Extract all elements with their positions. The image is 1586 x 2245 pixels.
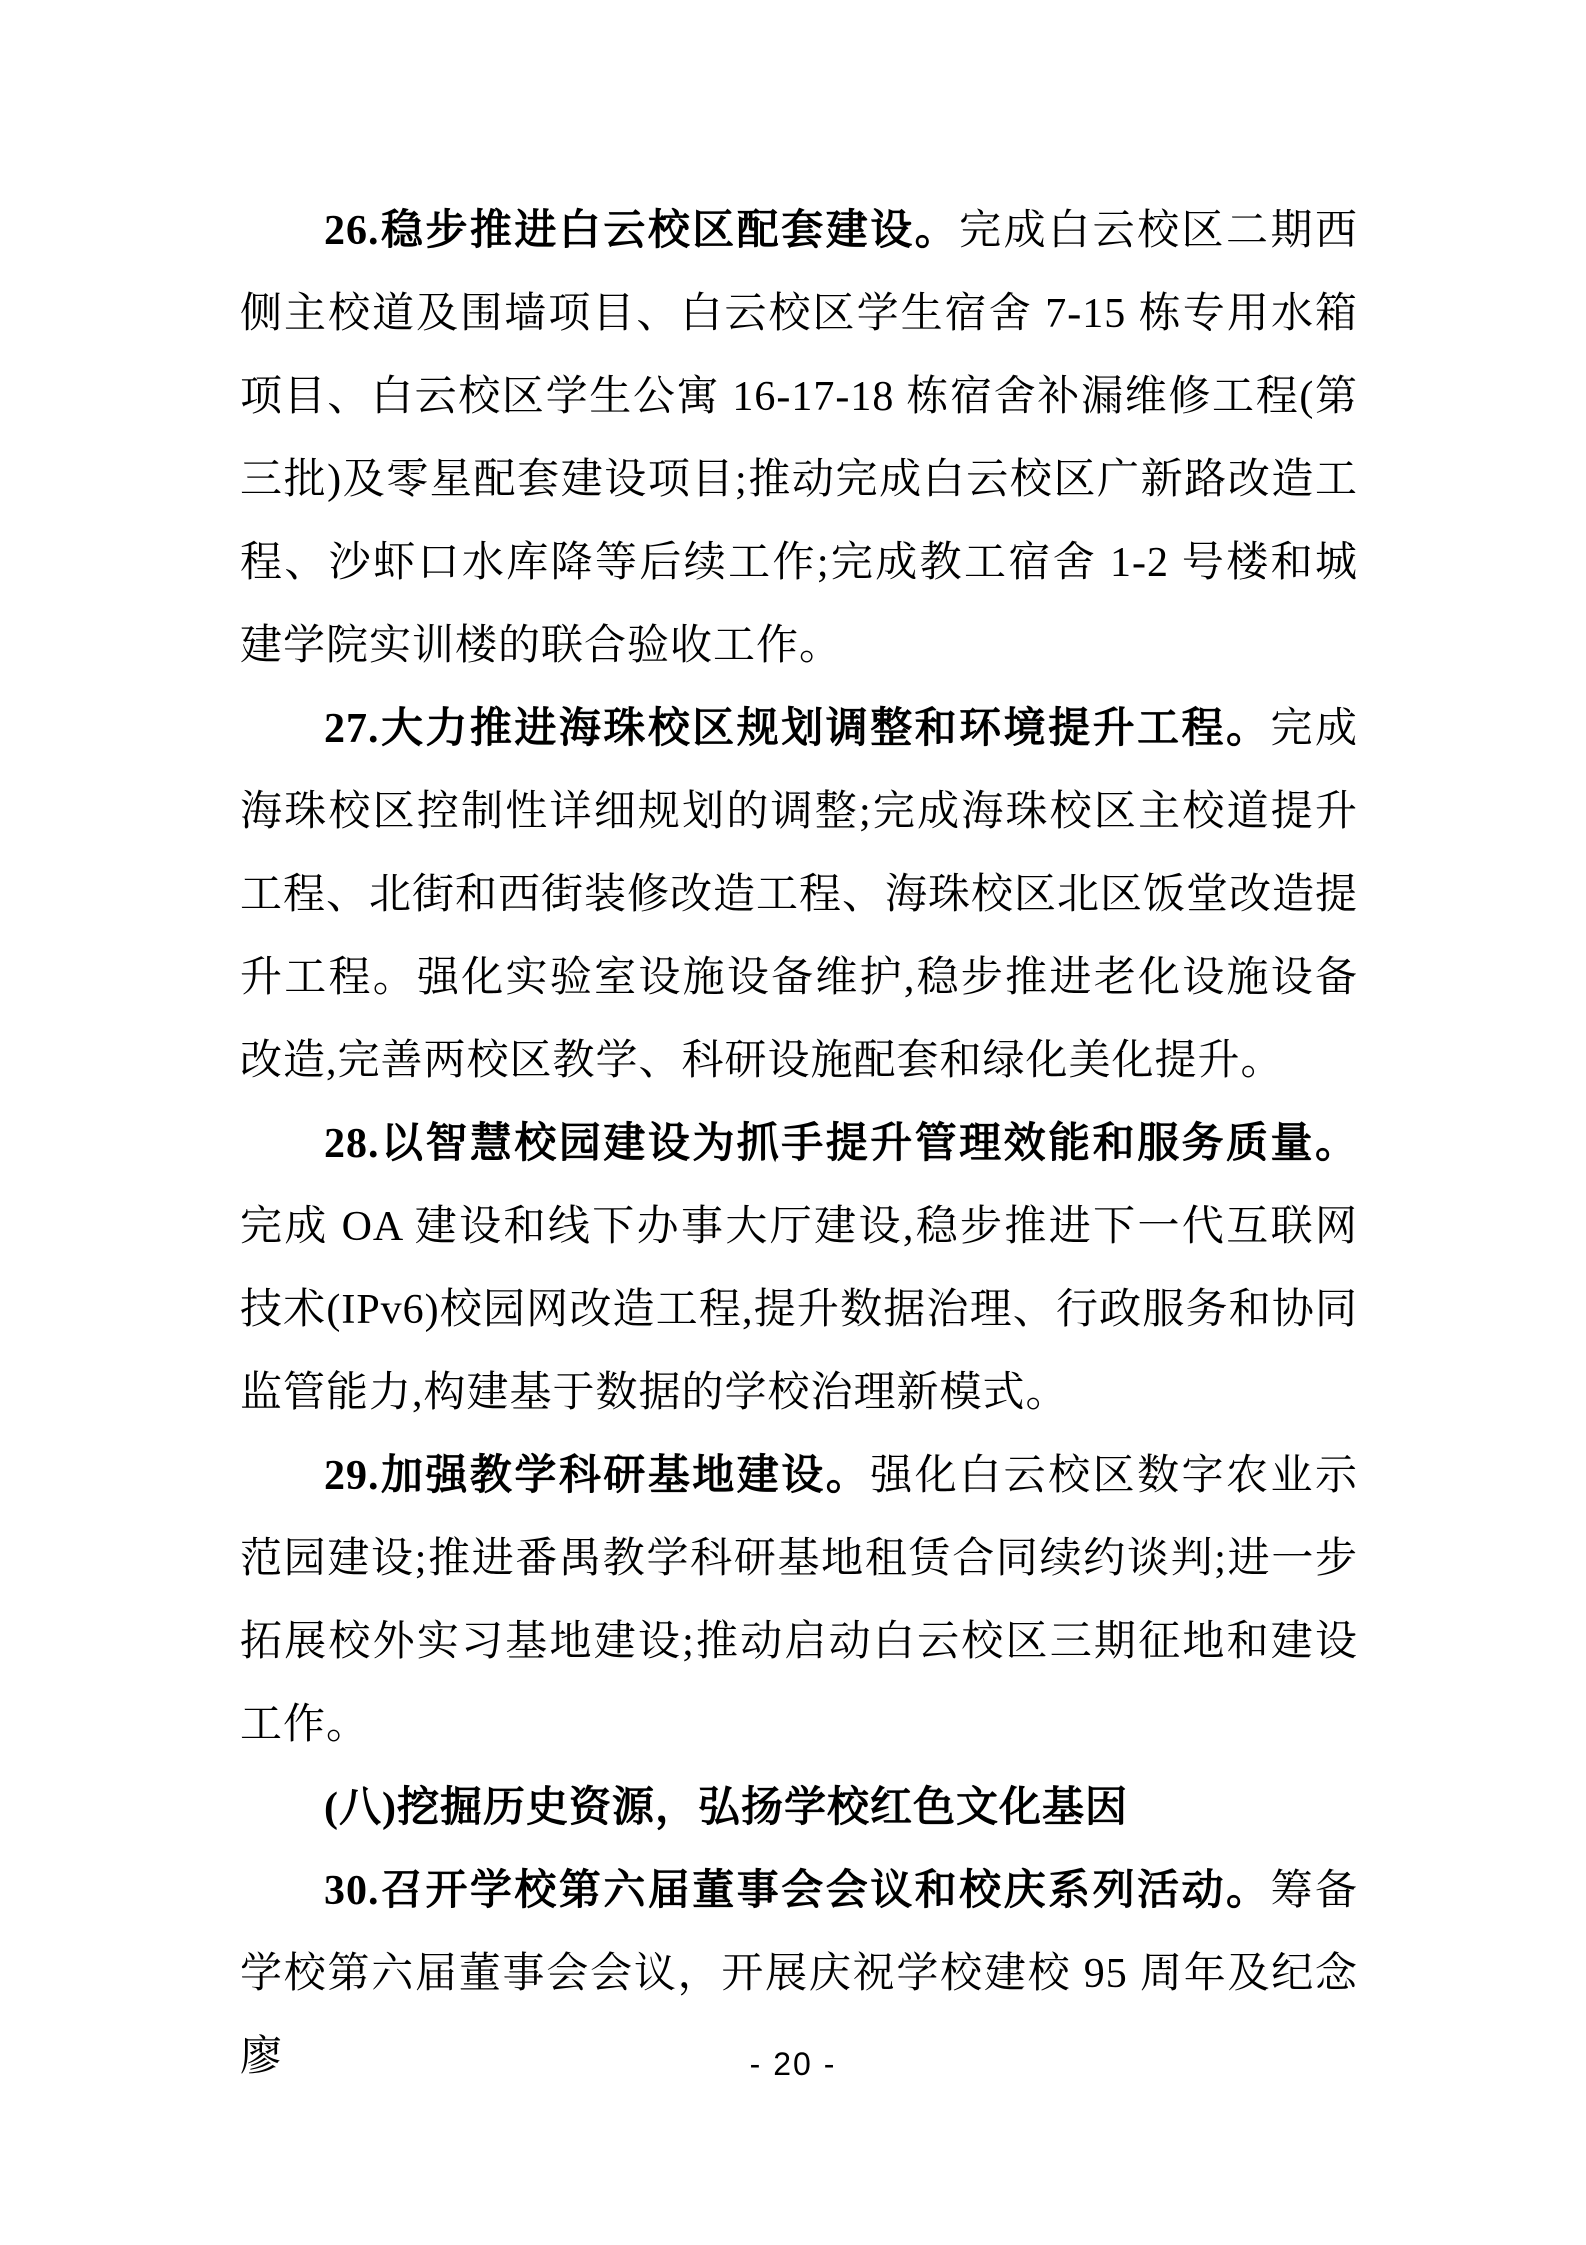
paragraph-26-lead: 稳步推进白云校区配套建设。 (380, 208, 960, 254)
paragraph-26: 26.稳步推进白云校区配套建设。完成白云校区二期西侧主校道及围墙项目、白云校区学… (240, 190, 1358, 688)
paragraph-30-lead: 召开学校第六届董事会会议和校庆系列活动。 (380, 1868, 1271, 1914)
paragraph-27: 27.大力推进海珠校区规划调整和环境提升工程。完成海珠校区控制性详细规划的调整;… (240, 688, 1358, 1103)
paragraph-27-lead: 大力推进海珠校区规划调整和环境提升工程。 (380, 706, 1271, 752)
document-content: 26.稳步推进白云校区配套建设。完成白云校区二期西侧主校道及围墙项目、白云校区学… (240, 190, 1358, 2099)
paragraph-27-body: 完成海珠校区控制性详细规划的调整;完成海珠校区主校道提升工程、北街和西街装修改造… (240, 706, 1358, 1084)
section-heading-8: (八)挖掘历史资源，弘扬学校红色文化基因 (240, 1767, 1358, 1850)
paragraph-29-number: 29. (324, 1453, 380, 1499)
page-number: - 20 - (0, 2046, 1586, 2083)
paragraph-29: 29.加强教学科研基地建设。强化白云校区数字农业示范园建设;推进番禺教学科研基地… (240, 1435, 1358, 1767)
paragraph-30-number: 30. (324, 1868, 380, 1914)
paragraph-29-lead: 加强教学科研基地建设。 (380, 1453, 871, 1499)
paragraph-28-lead: 以智慧校园建设为抓手提升管理效能和服务质量。 (380, 1121, 1359, 1167)
paragraph-26-number: 26. (324, 208, 380, 254)
paragraph-26-body: 完成白云校区二期西侧主校道及围墙项目、白云校区学生宿舍 7-15 栋专用水箱项目… (240, 208, 1358, 669)
paragraph-28-body: 完成 OA 建设和线下办事大厅建设,稳步推进下一代互联网技术(IPv6)校园网改… (240, 1204, 1358, 1416)
paragraph-28: 28.以智慧校园建设为抓手提升管理效能和服务质量。完成 OA 建设和线下办事大厅… (240, 1103, 1358, 1435)
paragraph-28-number: 28. (324, 1121, 380, 1167)
paragraph-27-number: 27. (324, 706, 380, 752)
